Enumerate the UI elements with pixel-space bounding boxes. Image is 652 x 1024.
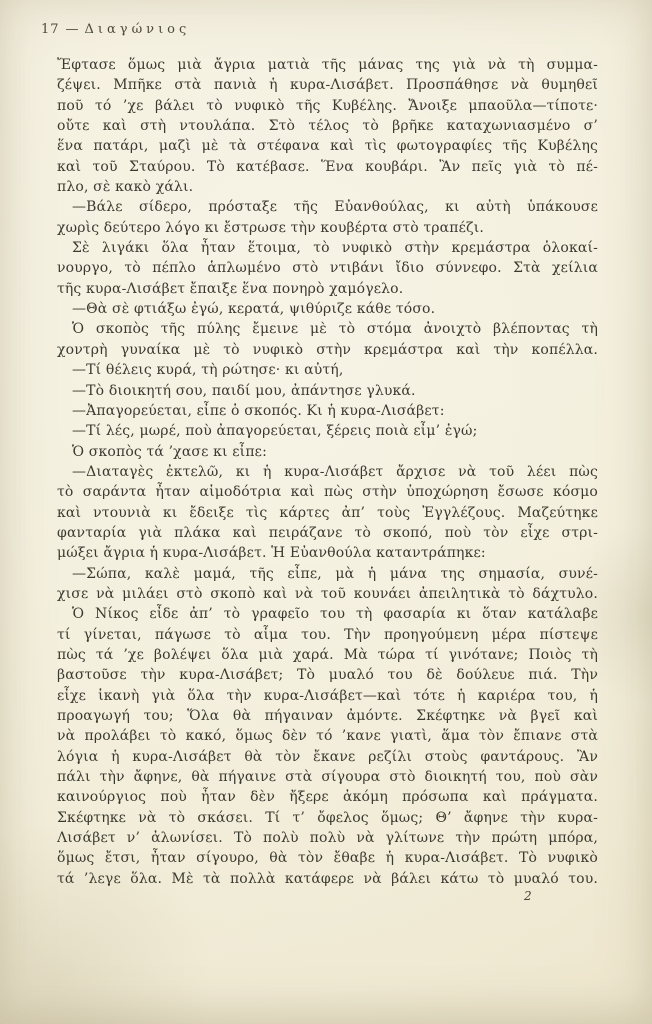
text-line: πλο, σὲ κακὸ χάλι. [57,177,598,197]
text-line: φανταρία γιὰ πλάκα καὶ πειράζανε τὸ σκοπ… [57,523,598,543]
text-line: —Τί λές, μωρέ, ποὺ ἀπαγορεύεται, ξέρεις … [57,421,598,441]
text-line: λόγια ἡ κυρα-Λισάβετ θὰ τὸν ἔκανε ρεζίλι… [57,747,598,767]
text-line: τί γίνεται, πάγωσε τὸ αἷμα του. Τὴν προη… [57,625,598,645]
page-number: 2 [524,889,532,903]
text-line: —Ἀπαγορεύεται, εἶπε ὁ σκοπός. Κι ἡ κυρα-… [57,401,598,421]
page-text: Ἔφτασε ὅμως μιὰ ἄγρια ματιὰ τῆς μάνας τη… [57,55,598,889]
text-line: Ὁ Νίκος εἶδε ἀπ’ τὸ γραφεῖο του τὴ φασαρ… [57,604,598,624]
text-line: χοντρὴ γυναίκα μὲ τὸ νυφικὸ στὴν κρεμάστ… [57,340,598,360]
text-line: νουργο, τὸ πέπλο ἁπλωμένο στὸ ντιβάνι ἴδ… [57,258,598,278]
text-line: νὰ προλάβει τὸ κακό, ὅμως δὲν τό ’κανε γ… [57,726,598,746]
text-line: εἶχε ἱκανὴ γιὰ ὅλα τὴν κυρα-Λισάβετ—καὶ … [57,686,598,706]
text-line: Ἔφτασε ὅμως μιὰ ἄγρια ματιὰ τῆς μάνας τη… [57,55,598,75]
text-line: τὸ σαράντα ἦταν αἱμοδότρια καὶ πὼς στὴν … [57,482,598,502]
header-title: Διαγώνιος [85,22,191,37]
text-line: Ὁ σκοπὸς τά ’χασε κι εἶπε: [57,442,598,462]
text-line: ὅμως ἔτσι, ἦταν σίγουρο, θὰ τὸν ἔθαβε ἡ … [57,848,598,868]
text-line: ἕνα πατάρι, μαζὶ μὲ τὰ στέφανα καὶ τὶς φ… [57,136,598,156]
header-page-ref: 17 [41,22,60,37]
text-line: προαγωγή του; Ὅλα θὰ πήγαιναν ἀμόντε. Σκ… [57,706,598,726]
text-line: καὶ τοῦ Σταύρου. Τὸ κατέβασε. Ἕνα κουβάρ… [57,157,598,177]
text-line: καὶ ντουνιὰ κι ἔδειξε τὶς κάρτες ἀπ’ τοὺ… [57,503,598,523]
header-separator: — [66,22,79,37]
text-line: Σὲ λιγάκι ὅλα ἦταν ἕτοιμα, τὸ νυφικὸ στὴ… [57,238,598,258]
text-line: Σκέφτηκε νὰ τὸ σκάσει. Τί τ’ ὄφελος ὅμως… [57,808,598,828]
book-page: 17—Διαγώνιος Ἔφτασε ὅμως μιὰ ἄγρια ματιὰ… [0,0,652,1024]
text-line: ποῦ τό ’χε βάλει τὸ νυφικὸ τῆς Κυβέλης. … [57,96,598,116]
text-line: οὔτε καὶ στὴ ντουλάπα. Στὸ τέλος τὸ βρῆκ… [57,116,598,136]
text-line: χισε νὰ μιλάει στὸ σκοπὸ καὶ νὰ τοῦ κουν… [57,584,598,604]
text-line: —Θὰ σὲ φτιάξω ἐγώ, κερατά, ψιθύριζε κάθε… [57,299,598,319]
text-line: καινούργιος ποὺ ἦταν δὲν ἤξερε ἀκόμη πρό… [57,787,598,807]
text-line: πάλι τὴν ἄφηνε, θὰ πήγαινε στὰ σίγουρα σ… [57,767,598,787]
text-line: Λισάβετ ν’ ἀλωνίσει. Τὸ πολὺ πολὺ νὰ γλί… [57,828,598,848]
text-line: Ὁ σκοπὸς τῆς πύλης ἔμεινε μὲ τὸ στόμα ἀν… [57,319,598,339]
text-line: ζέψει. Μπῆκε στὰ πανιὰ ἡ κυρα-Λισάβετ. Π… [57,75,598,95]
text-line: τά ’λεγε ὅλα. Μὲ τὰ πολλὰ κατάφερε νὰ βά… [57,869,598,889]
text-line: τῆς κυρα-Λισάβετ ἔπαιξε ἕνα πονηρὸ χαμόγ… [57,279,598,299]
text-line: χωρὶς δεύτερο λόγο κι ἔστρωσε τὴν κουβέρ… [57,218,598,238]
text-line: —Σώπα, καλὲ μαμά, τῆς εἶπε, μὰ ἡ μάνα τη… [57,564,598,584]
running-header: 17—Διαγώνιος [41,22,190,37]
text-line: βαστοῦσε τὴν κυρα-Λισάβετ; Τὸ μυαλό του … [57,665,598,685]
text-line: —Τί θέλεις κυρά, τὴ ρώτησε· κι αὐτή, [57,360,598,380]
text-line: μώξει ἄγρια ἡ κυρα-Λισάβετ. Ἡ Εὐανθούλα … [57,543,598,563]
text-line: —Βάλε σίδερο, πρόσταξε τῆς Εὐανθούλας, κ… [57,197,598,217]
text-line: πὼς τά ’χε βολέψει ὅλα μιὰ χαρά. Μὰ τώρα… [57,645,598,665]
text-line: —Τὸ διοικητή σου, παιδί μου, ἀπάντησε γλ… [57,381,598,401]
text-line: —Διαταγὲς ἐκτελῶ, κι ἡ κυρα-Λισάβετ ἄρχι… [57,462,598,482]
